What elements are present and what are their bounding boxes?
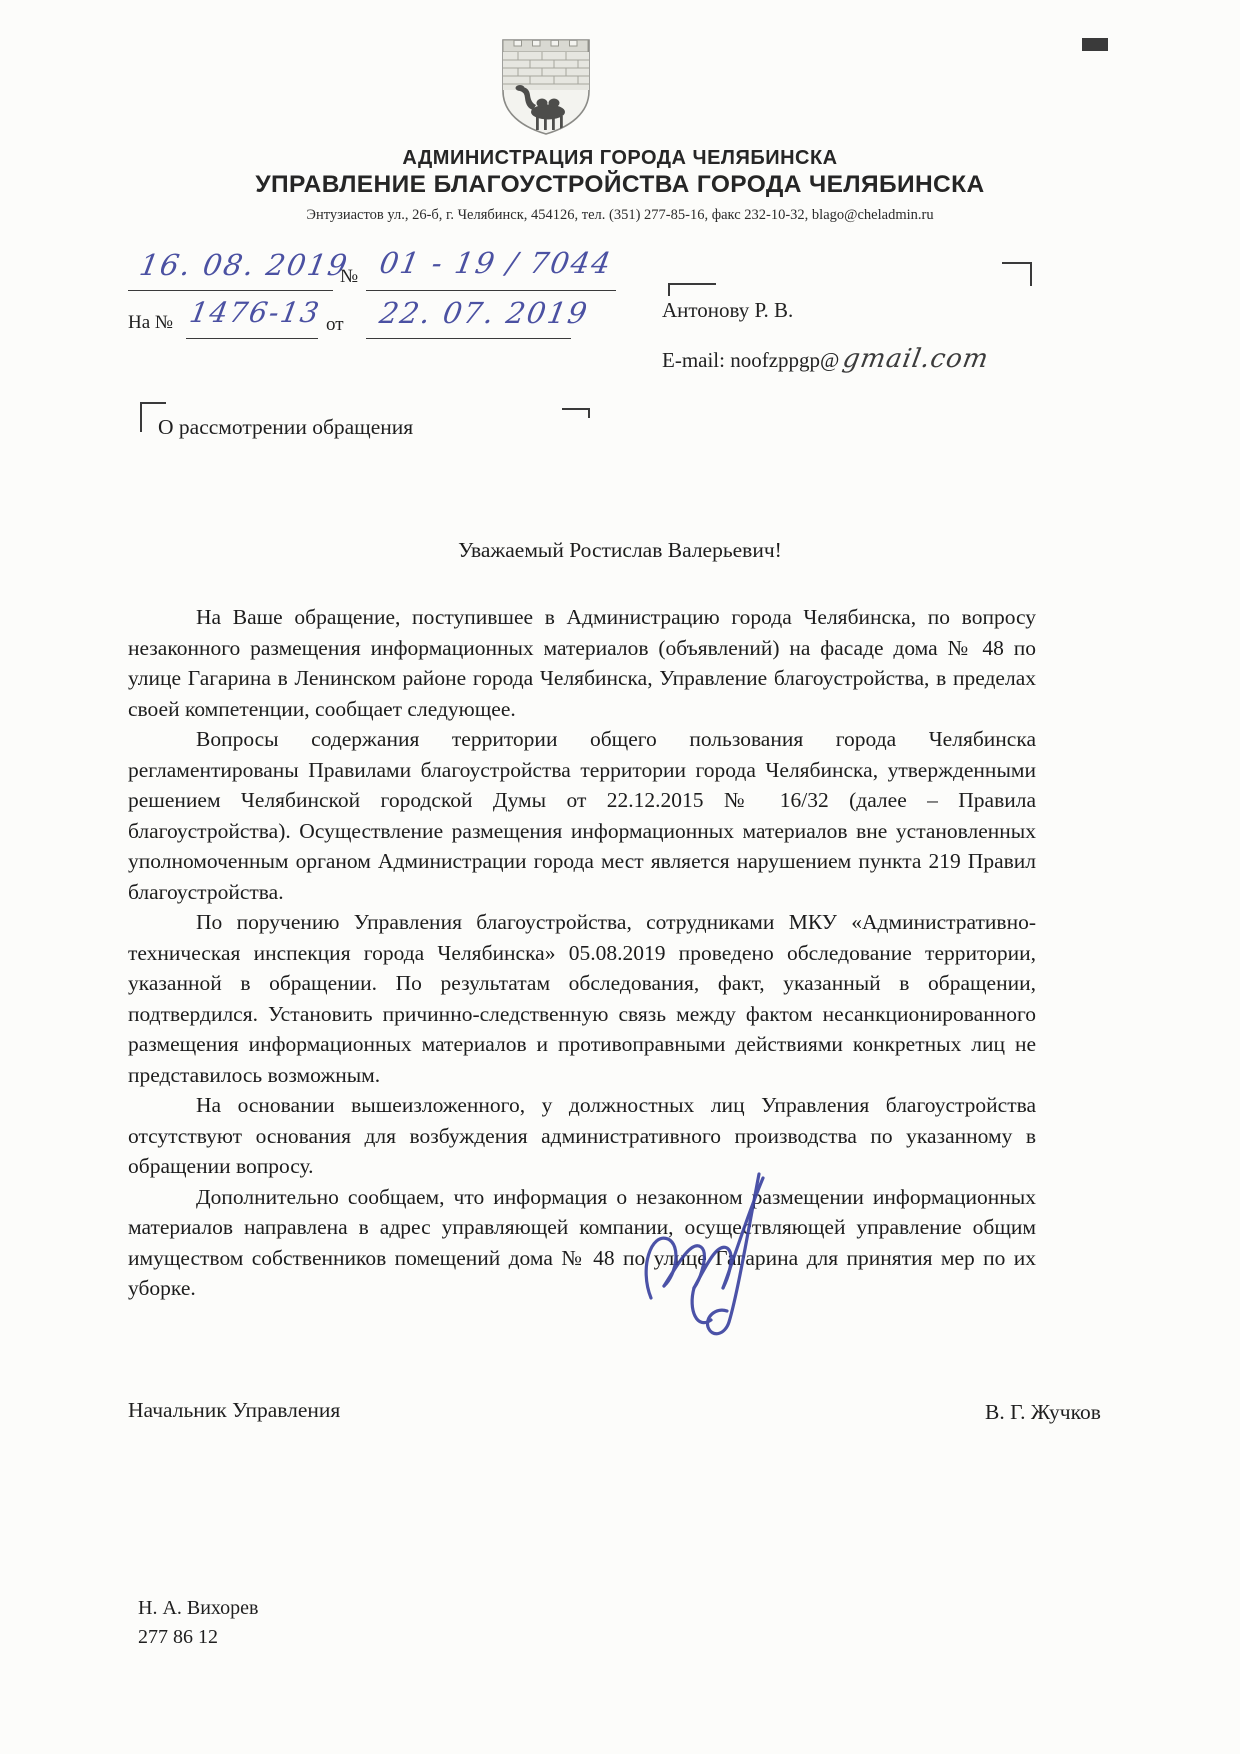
- incoming-number-underline: [186, 338, 318, 339]
- body-paragraph: На основании вышеизложенного, у должност…: [128, 1090, 1036, 1182]
- incoming-date-underline: [366, 338, 571, 339]
- letter-body: На Ваше обращение, поступившее в Админис…: [128, 602, 1036, 1304]
- reply-label: На №: [128, 312, 173, 334]
- signer-name: В. Г. Жучков: [985, 1400, 1101, 1425]
- scanned-letter-page: АДМИНИСТРАЦИЯ ГОРОДА ЧЕЛЯБИНСКА УПРАВЛЕН…: [0, 0, 1240, 1754]
- subject-corner-mark-right: [562, 408, 590, 418]
- incoming-number-handwritten: 1476-13: [187, 296, 323, 329]
- org-address-line: Энтузиастов ул., 26-б, г. Челябинск, 454…: [0, 207, 1240, 224]
- outgoing-number-underline: [366, 290, 616, 291]
- org-name-line1: АДМИНИСТРАЦИЯ ГОРОДА ЧЕЛЯБИНСКА: [0, 147, 1240, 170]
- outgoing-reference-row: 16. 08. 2019 № 01 - 19 / 7044: [128, 248, 648, 298]
- incoming-date-handwritten: 22. 07. 2019: [377, 296, 591, 330]
- recipient-name: Антонову Р. В.: [662, 298, 793, 323]
- body-paragraph: На Ваше обращение, поступившее в Админис…: [128, 602, 1036, 724]
- recipient-email-line: E-mail: noofzppgp@ gmail.com: [662, 344, 989, 374]
- salutation: Уважаемый Ростислав Валерьевич!: [0, 538, 1240, 563]
- signer-position-title: Начальник Управления: [128, 1398, 340, 1423]
- body-paragraph: По поручению Управления благоустройства,…: [128, 907, 1036, 1090]
- recipient-email-handwritten: gmail.com: [841, 344, 992, 374]
- recipient-corner-mark-right: [1002, 262, 1032, 286]
- org-name-line2: УПРАВЛЕНИЕ БЛАГОУСТРОЙСТВА ГОРОДА ЧЕЛЯБИ…: [0, 171, 1240, 199]
- body-paragraph: Вопросы содержания территории общего пол…: [128, 724, 1036, 907]
- outgoing-date-underline: [128, 290, 333, 291]
- signature-ink-icon: [635, 1168, 805, 1348]
- camel-fortress-emblem-icon: [498, 36, 594, 138]
- recipient-corner-mark-left: [668, 283, 716, 296]
- number-sign: №: [340, 266, 358, 288]
- scan-artifact-mark: [1082, 38, 1108, 51]
- from-label: от: [326, 314, 344, 336]
- handwritten-signature: [635, 1168, 805, 1348]
- outgoing-date-handwritten: 16. 08. 2019: [137, 248, 351, 282]
- incoming-reference-row: На № 1476-13 от 22. 07. 2019: [128, 300, 648, 350]
- executor-name: Н. А. Вихорев: [138, 1597, 259, 1620]
- executor-phone: 277 86 12: [138, 1626, 218, 1649]
- outgoing-number-handwritten: 01 - 19 / 7044: [377, 246, 615, 280]
- body-paragraph: Дополнительно сообщаем, что информация о…: [128, 1182, 1036, 1304]
- coat-of-arms: [498, 36, 594, 138]
- recipient-email-printed: E-mail: noofzppgp@: [662, 348, 839, 372]
- subject-line: О рассмотрении обращения: [158, 415, 413, 440]
